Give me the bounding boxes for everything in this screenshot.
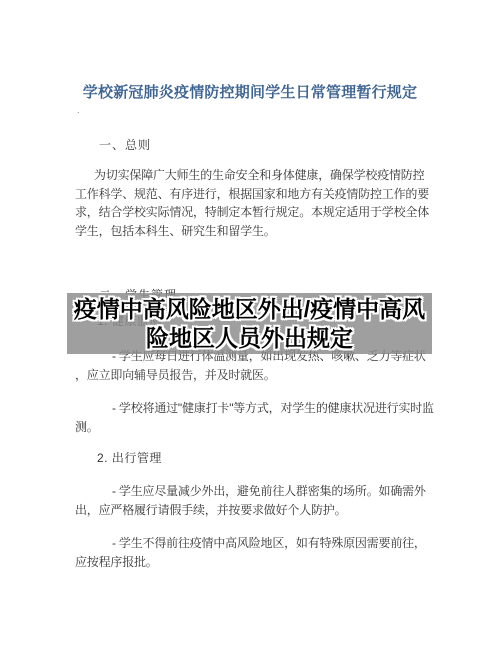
document-title: 学校新冠肺炎疫情防控期间学生日常管理暂行规定 bbox=[0, 0, 500, 102]
document-page: 学校新冠肺炎疫情防控期间学生日常管理暂行规定 . 一、总则 为切实保障广大师生的… bbox=[0, 0, 500, 647]
bullet-travel-reduce-outings: - 学生应尽量减少外出，避免前往人群密集的场所。如确需外 出，应严格履行请假手续… bbox=[75, 482, 437, 519]
section-heading-general: 一、总则 bbox=[99, 136, 437, 154]
paragraph-intro: 为切实保障广大师生的生命安全和身体健康，确保学校疫情防控 工作科学、规范、有序进… bbox=[75, 166, 437, 240]
subsection-heading-travel-management: 2. 出行管理 bbox=[97, 449, 437, 467]
watermark-banner: 疫情中高风险地区外出/疫情中高风 险地区人员外出规定 bbox=[67, 293, 432, 354]
bullet-travel-risk-areas: - 学生不得前往疫情中高风险地区，如有特殊原因需要前往， 应按程序报批。 bbox=[75, 534, 437, 571]
stray-mark: . bbox=[77, 104, 500, 116]
watermark-title: 疫情中高风险地区外出/疫情中高风 险地区人员外出规定 bbox=[67, 293, 432, 353]
bullet-health-checkin: - 学校将通过"健康打卡"等方式，对学生的健康状况进行实时监 测。 bbox=[75, 399, 437, 436]
